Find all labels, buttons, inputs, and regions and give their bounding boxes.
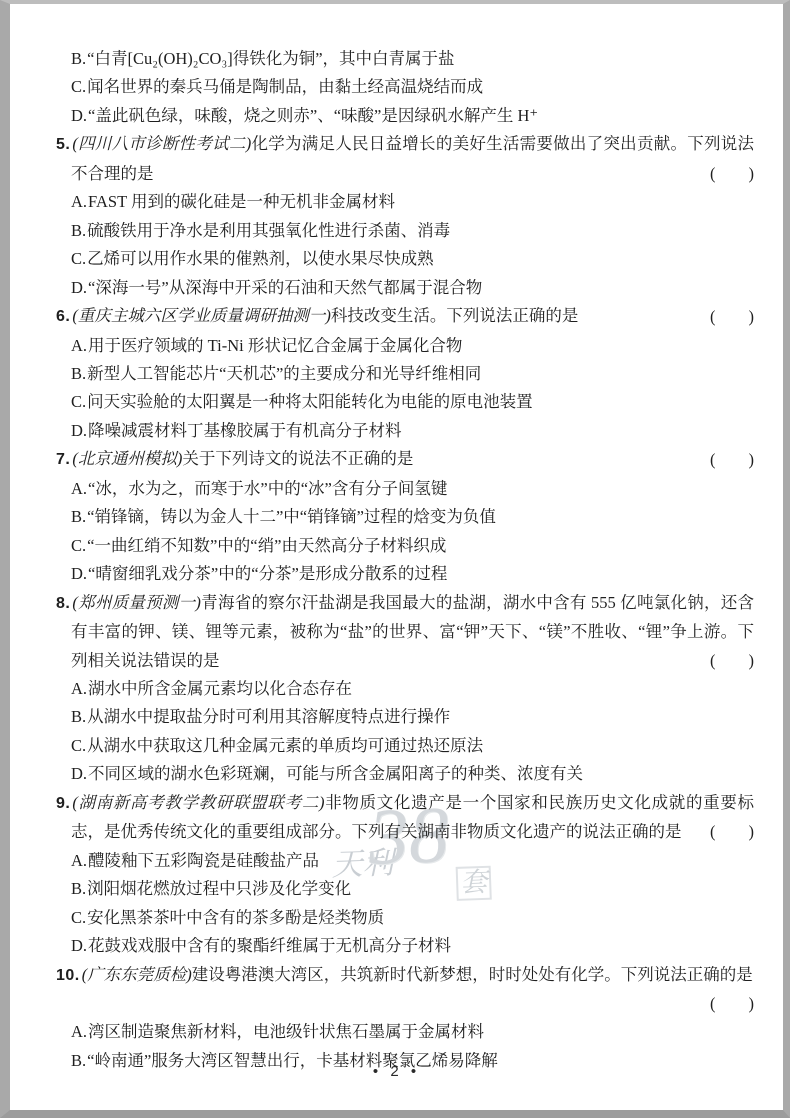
option-text: 浏阳烟花燃放过程中只涉及化学变化 (87, 879, 351, 898)
option-row: D.降噪减震材料丁基橡胶属于有机高分子材料 (56, 417, 754, 445)
option-text: 湖水中所含金属元素均以化合态存在 (88, 679, 352, 698)
option-row: B.“销锋镝，铸以为金人十二”中“销锋镝”过程的焓变为负值 (56, 503, 754, 531)
option-row: D.“晴窗细乳戏分茶”中的“分茶”是形成分散系的过程 (56, 560, 754, 588)
option-text: “一曲红绡不知数”中的“绡”由天然高分子材料织成 (87, 536, 446, 555)
question-number: 9. (56, 795, 70, 812)
option-text: 不同区域的湖水色彩斑斓，可能与所含金属阳离子的种类、浓度有关 (88, 764, 583, 783)
option-row: B.浏阳烟花燃放过程中只涉及化学变化 (56, 875, 754, 903)
option-label: A. (71, 1022, 87, 1041)
answer-bracket-line: ( ) (56, 990, 754, 1018)
option-label: C. (71, 392, 86, 411)
options-list: A.醴陵釉下五彩陶瓷是硅酸盐产品 B.浏阳烟花燃放过程中只涉及化学变化 C.安化… (56, 847, 754, 961)
option-text: “深海一号”从深海中开采的石油和天然气都属于混合物 (88, 278, 482, 297)
question-stem: 9.(湖南新高考教学教研联盟联考二)非物质文化遗产是一个国家和民族历史文化成就的… (56, 789, 754, 847)
option-row: B.新型人工智能芯片“天机芯”的主要成分和光导纤维相同 (56, 360, 754, 388)
option-text: 花鼓戏戏服中含有的聚酯纤维属于无机高分子材料 (88, 936, 451, 955)
question-source: (湖南新高考教学教研联盟联考二) (72, 793, 324, 812)
option-text: 从湖水中获取这几种金属元素的单质均可通过热还原法 (87, 736, 483, 755)
question-stem: 5.(四川八市诊断性考试二)化学为满足人民日益增长的美好生活需要做出了突出贡献。… (56, 130, 754, 188)
option-label: C. (71, 77, 86, 96)
option-label: D. (71, 764, 87, 783)
question-block: 8.(郑州质量预测一)青海省的察尔汗盐湖是我国最大的盐湖，湖水中含有 555 亿… (56, 589, 754, 789)
option-label: D. (71, 564, 87, 583)
option-label: B. (71, 707, 86, 726)
option-label: A. (71, 479, 87, 498)
questions-list: 5.(四川八市诊断性考试二)化学为满足人民日益增长的美好生活需要做出了突出贡献。… (56, 130, 754, 1075)
option-row: C.闻名世界的秦兵马俑是陶制品，由黏土经高温烧结而成 (56, 73, 754, 101)
option-label: C. (71, 736, 86, 755)
option-row: C.“一曲红绡不知数”中的“绡”由天然高分子材料织成 (56, 532, 754, 560)
answer-bracket: ( ) (710, 446, 754, 474)
option-label: B. (71, 49, 86, 68)
answer-bracket: ( ) (710, 818, 754, 846)
option-label: B. (71, 507, 86, 526)
option-text: 湾区制造聚焦新材料，电池级针状焦石墨属于金属材料 (88, 1022, 484, 1041)
answer-bracket: ( ) (710, 647, 754, 675)
option-label: C. (71, 249, 86, 268)
question-text: 关于下列诗文的说法不正确的是 (182, 449, 413, 468)
option-label: A. (71, 192, 87, 211)
option-text: 问天实验舱的太阳翼是一种将太阳能转化为电能的原电池装置 (87, 392, 533, 411)
option-label: A. (71, 679, 87, 698)
answer-bracket: ( ) (710, 160, 754, 188)
question-stem: 10.(广东东莞质检)建设粤港澳大湾区，共筑新时代新梦想，时时处处有化学。下列说… (56, 961, 754, 990)
option-label: B. (71, 364, 86, 383)
question-source: (北京通州模拟) (72, 449, 182, 468)
option-text: 新型人工智能芯片“天机芯”的主要成分和光导纤维相同 (87, 364, 481, 383)
option-row: D.“盖此矾色绿，味酸，烧之则赤”、“味酸”是因绿矾水解产生 H⁺ (56, 102, 754, 130)
option-text: 闻名世界的秦兵马俑是陶制品，由黏土经高温烧结而成 (87, 77, 483, 96)
option-row: C.乙烯可以用作水果的催熟剂，以使水果尽快成熟 (56, 245, 754, 273)
option-text: “盖此矾色绿，味酸，烧之则赤”、“味酸”是因绿矾水解产生 H⁺ (88, 106, 538, 125)
option-row: B.“白青[Cu₂(OH)₂CO₃]得铁化为铜”，其中白青属于盐 (56, 45, 754, 73)
option-row: B.硫酸铁用于净水是利用其强氧化性进行杀菌、消毒 (56, 217, 754, 245)
option-row: D.“深海一号”从深海中开采的石油和天然气都属于混合物 (56, 274, 754, 302)
page-number: • 2 • (10, 1058, 783, 1086)
option-row: A.“冰，水为之，而寒于水”中的“冰”含有分子间氢键 (56, 475, 754, 503)
option-row: D.不同区域的湖水色彩斑斓，可能与所含金属阳离子的种类、浓度有关 (56, 760, 754, 788)
scanned-exam-page: 天利 38 套 B.“白青[Cu₂(OH)₂CO₃]得铁化为铜”，其中白青属于盐… (0, 0, 790, 1118)
option-text: 硫酸铁用于净水是利用其强氧化性进行杀菌、消毒 (87, 221, 450, 240)
question-number: 8. (56, 595, 70, 612)
option-label: C. (71, 908, 86, 927)
option-label: A. (71, 336, 87, 355)
question-source: (四川八市诊断性考试二) (72, 134, 251, 153)
option-text: FAST 用到的碳化硅是一种无机非金属材料 (88, 192, 395, 211)
question-text: 建设粤港澳大湾区，共筑新时代新梦想，时时处处有化学。下列说法正确的是 (192, 965, 753, 984)
question-source: (重庆主城六区学业质量调研抽测一) (72, 306, 331, 325)
question-number: 5. (56, 136, 70, 153)
option-text: 乙烯可以用作水果的催熟剂，以使水果尽快成熟 (87, 249, 434, 268)
options-list: A.湖水中所含金属元素均以化合态存在 B.从湖水中提取盐分时可利用其溶解度特点进… (56, 675, 754, 789)
option-label: B. (71, 879, 86, 898)
question-text: 科技改变生活。下列说法正确的是 (331, 306, 579, 325)
question-source: (郑州质量预测一) (72, 593, 201, 612)
question-number: 10. (56, 967, 80, 984)
option-row: C.从湖水中获取这几种金属元素的单质均可通过热还原法 (56, 732, 754, 760)
question-number: 7. (56, 451, 70, 468)
page-content: B.“白青[Cu₂(OH)₂CO₃]得铁化为铜”，其中白青属于盐 C.闻名世界的… (56, 45, 754, 1075)
option-text: 醴陵釉下五彩陶瓷是硅酸盐产品 (88, 851, 319, 870)
answer-bracket: ( ) (710, 303, 754, 331)
option-text: 用于医疗领域的 Ti-Ni 形状记忆合金属于金属化合物 (88, 336, 462, 355)
options-list: A.FAST 用到的碳化硅是一种无机非金属材料 B.硫酸铁用于净水是利用其强氧化… (56, 188, 754, 302)
option-label: D. (71, 278, 87, 297)
option-label: D. (71, 106, 87, 125)
question-number: 6. (56, 308, 70, 325)
option-row: A.用于医疗领域的 Ti-Ni 形状记忆合金属于金属化合物 (56, 332, 754, 360)
question-stem: 8.(郑州质量预测一)青海省的察尔汗盐湖是我国最大的盐湖，湖水中含有 555 亿… (56, 589, 754, 675)
option-row: A.FAST 用到的碳化硅是一种无机非金属材料 (56, 188, 754, 216)
answer-bracket: ( ) (710, 994, 754, 1013)
option-row: D.花鼓戏戏服中含有的聚酯纤维属于无机高分子材料 (56, 932, 754, 960)
option-row: B.从湖水中提取盐分时可利用其溶解度特点进行操作 (56, 703, 754, 731)
question-block: 9.(湖南新高考教学教研联盟联考二)非物质文化遗产是一个国家和民族历史文化成就的… (56, 789, 754, 961)
option-row: A.湾区制造聚焦新材料，电池级针状焦石墨属于金属材料 (56, 1018, 754, 1046)
option-label: D. (71, 936, 87, 955)
option-label: A. (71, 851, 87, 870)
option-text: “白青[Cu₂(OH)₂CO₃]得铁化为铜”，其中白青属于盐 (87, 49, 454, 68)
option-text: 降噪减震材料丁基橡胶属于有机高分子材料 (88, 421, 402, 440)
option-row: A.醴陵釉下五彩陶瓷是硅酸盐产品 (56, 847, 754, 875)
question-block: 7.(北京通州模拟)关于下列诗文的说法不正确的是( ) A.“冰，水为之，而寒于… (56, 445, 754, 588)
options-list: A.用于医疗领域的 Ti-Ni 形状记忆合金属于金属化合物 B.新型人工智能芯片… (56, 332, 754, 446)
option-label: B. (71, 221, 86, 240)
option-label: C. (71, 536, 86, 555)
option-text: “冰，水为之，而寒于水”中的“冰”含有分子间氢键 (88, 479, 447, 498)
question-block: 5.(四川八市诊断性考试二)化学为满足人民日益增长的美好生活需要做出了突出贡献。… (56, 130, 754, 302)
option-text: “销锋镝，铸以为金人十二”中“销锋镝”过程的焓变为负值 (87, 507, 496, 526)
question-4-trailing-options: B.“白青[Cu₂(OH)₂CO₃]得铁化为铜”，其中白青属于盐 C.闻名世界的… (56, 45, 754, 130)
question-stem: 6.(重庆主城六区学业质量调研抽测一)科技改变生活。下列说法正确的是( ) (56, 302, 754, 331)
question-stem: 7.(北京通州模拟)关于下列诗文的说法不正确的是( ) (56, 445, 754, 474)
option-text: “晴窗细乳戏分茶”中的“分茶”是形成分散系的过程 (88, 564, 447, 583)
option-row: C.安化黑茶茶叶中含有的茶多酚是烃类物质 (56, 904, 754, 932)
question-source: (广东东莞质检) (82, 965, 192, 984)
option-row: A.湖水中所含金属元素均以化合态存在 (56, 675, 754, 703)
option-row: C.问天实验舱的太阳翼是一种将太阳能转化为电能的原电池装置 (56, 388, 754, 416)
question-block: 6.(重庆主城六区学业质量调研抽测一)科技改变生活。下列说法正确的是( ) A.… (56, 302, 754, 445)
option-text: 从湖水中提取盐分时可利用其溶解度特点进行操作 (87, 707, 450, 726)
option-label: D. (71, 421, 87, 440)
options-list: A.“冰，水为之，而寒于水”中的“冰”含有分子间氢键 B.“销锋镝，铸以为金人十… (56, 475, 754, 589)
option-text: 安化黑茶茶叶中含有的茶多酚是烃类物质 (87, 908, 384, 927)
